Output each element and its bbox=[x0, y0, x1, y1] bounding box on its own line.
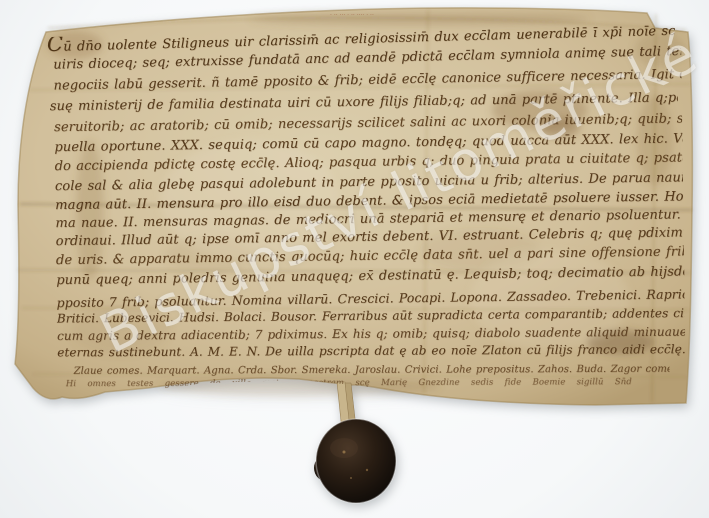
wax-seal bbox=[314, 419, 396, 503]
manuscript-line: Britici. Lubesevici. Hudsi. Bolaci. Bous… bbox=[57, 306, 685, 325]
manuscript-line: cum agris a dextra adiacentib; 7 pdiximu… bbox=[57, 325, 685, 343]
manuscript-line: seruitorib; ac aratorib; cū omib; necess… bbox=[54, 112, 682, 135]
manuscript-line: punū queq; anni poledris genuina unaquęq… bbox=[56, 265, 684, 288]
manuscript-line: de uris. & apparatu immo cunctis quocūq;… bbox=[56, 245, 684, 268]
manuscript-line: suę ministerij de familia destinata uiri… bbox=[50, 91, 678, 114]
manuscript-line: do accipienda pdictę costę ecc̄lę. Alioq… bbox=[55, 151, 683, 174]
charter-photograph: · ·· ··· · ·· ···· · ·· Cū dn̄o uolente … bbox=[0, 0, 709, 518]
photo-canvas: · ·· ··· · ·· ···· · ·· Cū dn̄o uolente … bbox=[0, 0, 709, 518]
manuscript-line: eternas sustinebunt. A. M. E. N. De uill… bbox=[57, 342, 685, 359]
manuscript-line: negociis labū gesserit. ñ tamē pposito &… bbox=[53, 68, 681, 94]
